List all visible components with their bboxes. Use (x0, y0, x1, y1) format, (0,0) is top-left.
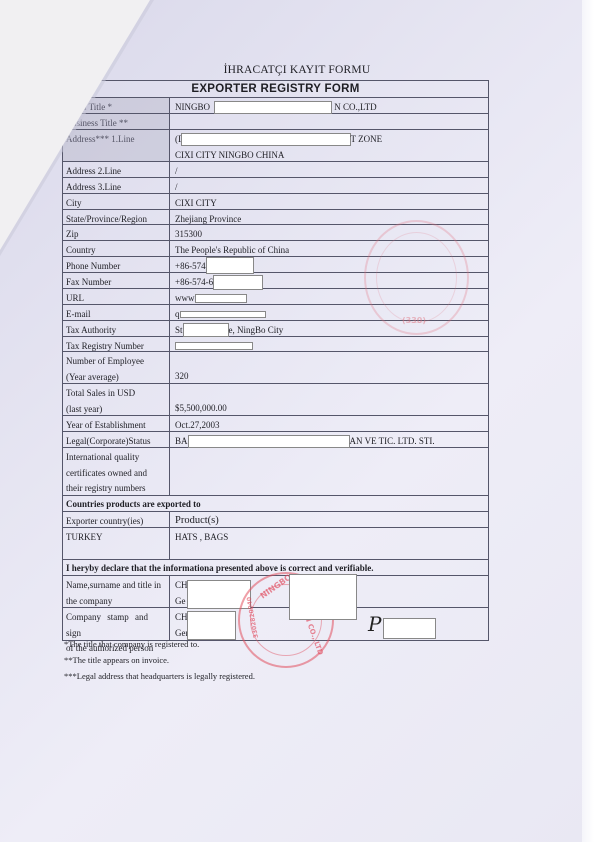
signature: P (368, 612, 381, 636)
exports-section-title: Countries products are exported to (63, 496, 488, 511)
redaction-box (206, 257, 254, 274)
row-email: E-mail q (63, 305, 488, 321)
value-tax-authority: Ste, NingBo City (170, 321, 488, 336)
value-sales: $5,500,000.00 (170, 384, 488, 415)
value-address-2: / (170, 162, 488, 177)
value-address-3: / (170, 178, 488, 193)
name-label-line1: Name,surname and title in (66, 578, 166, 594)
label-certificates: International quality certificates owned… (63, 448, 170, 495)
declaration-text: I heryby declare that the informationa p… (63, 560, 488, 575)
exports-table-row: TURKEY HATS , BAGS (63, 528, 488, 560)
tax-authority-end: e, NingBo City (229, 325, 284, 335)
row-sales: Total Sales in USD (last year) $5,500,00… (63, 384, 488, 416)
redaction-box (188, 435, 350, 448)
footnotes: *The title that company is registered to… (64, 636, 255, 684)
value-url: www (170, 289, 488, 304)
page-edge (582, 0, 594, 842)
sales-label-line2: (last year) (66, 402, 166, 418)
redaction-box (180, 311, 266, 318)
name-label-line2: the company (66, 594, 166, 610)
redaction-box (214, 101, 332, 114)
legal-title-start: NINGBO (175, 102, 210, 112)
row-phone: Phone Number +86-574 (63, 257, 488, 273)
label-established: Year of Establishment (63, 416, 170, 431)
value-business-title (170, 114, 488, 129)
label-employees: Number of Employee (Year average) (63, 352, 170, 383)
label-legal-status: Legal(Corporate)Status (63, 432, 170, 447)
address-1-end: T ZONE (351, 134, 383, 144)
value-tax-registry (170, 337, 488, 352)
value-fax: +86-574-6 (170, 273, 488, 288)
label-phone: Phone Number (63, 257, 170, 272)
redaction-box (175, 342, 253, 350)
value-zip: 315300 (170, 225, 488, 240)
value-employees: 320 (170, 352, 488, 383)
phone-value: +86-574 (175, 261, 206, 271)
value-phone: +86-574 (170, 257, 488, 272)
legal-title-end: N CO.,LTD (334, 102, 376, 112)
address-1-line2: CIXI CITY NINGBO CHINA (175, 148, 483, 164)
redaction-box (181, 133, 351, 146)
value-legal-status: BAAN VE TIC. LTD. STI. (170, 432, 488, 447)
value-state: Zhejiang Province (170, 210, 488, 225)
row-certificates: International quality certificates owned… (63, 448, 488, 496)
label-tax-registry: Tax Registry Number (63, 337, 170, 352)
redaction-box (289, 574, 357, 620)
certificates-label-line3: their registry numbers (66, 481, 166, 497)
row-legal-status: Legal(Corporate)Status BAAN VE TIC. LTD.… (63, 432, 488, 448)
row-url: URL www (63, 289, 488, 305)
label-sales: Total Sales in USD (last year) (63, 384, 170, 415)
redaction-box (383, 618, 436, 639)
footnote-2: **The title appears on invoice. (64, 652, 255, 668)
value-legal-title: NINGBO N CO.,LTD (170, 98, 488, 113)
sales-label-line1: Total Sales in USD (66, 386, 166, 402)
redaction-box (183, 323, 229, 337)
value-country: The People's Republic of China (170, 241, 488, 256)
label-fax: Fax Number (63, 273, 170, 288)
row-exports-header: Exporter country(ies) Product(s) (63, 512, 488, 528)
certificates-label-line1: International quality (66, 450, 166, 466)
certificates-label-line2: certificates owned and (66, 466, 166, 482)
redaction-box (195, 294, 247, 303)
employees-label-line1: Number of Employee (66, 354, 166, 370)
col-header-country: Exporter country(ies) (63, 512, 170, 527)
value-city: CIXI CITY (170, 194, 488, 209)
row-tax-registry: Tax Registry Number (63, 337, 488, 353)
value-certificates (170, 448, 488, 495)
employees-label-line2: (Year average) (66, 370, 166, 386)
folded-page-corner (0, 0, 150, 250)
export-country: TURKEY (63, 528, 170, 559)
footnote-1: *The title that company is registered to… (64, 636, 255, 652)
row-tax-authority: Tax Authority Ste, NingBo City (63, 321, 488, 337)
row-name-title: Name,surname and title in the company CH… (63, 576, 488, 608)
row-established: Year of Establishment Oct.27,2003 (63, 416, 488, 432)
label-name-title: Name,surname and title in the company (63, 576, 170, 607)
label-url: URL (63, 289, 170, 304)
value-email: q (170, 305, 488, 320)
redaction-box (187, 580, 251, 609)
legal-status-start: BA (175, 436, 188, 446)
export-products: HATS , BAGS (170, 528, 488, 559)
row-declaration: I heryby declare that the informationa p… (63, 560, 488, 576)
label-tax-authority: Tax Authority (63, 321, 170, 336)
tax-authority-start: St (175, 325, 183, 335)
col-header-products: Product(s) (170, 512, 488, 527)
legal-status-end: AN VE TIC. LTD. STI. (350, 436, 435, 446)
fax-value: +86-574-6 (175, 277, 213, 287)
url-value: www (175, 293, 195, 303)
footnote-3: ***Legal address that headquarters is le… (64, 668, 255, 684)
row-fax: Fax Number +86-574-6 (63, 273, 488, 289)
value-address-1: (DT ZONE CIXI CITY NINGBO CHINA (170, 130, 488, 161)
row-employees: Number of Employee (Year average) 320 (63, 352, 488, 384)
value-established: Oct.27,2003 (170, 416, 488, 431)
label-email: E-mail (63, 305, 170, 320)
row-exports-section: Countries products are exported to (63, 496, 488, 512)
